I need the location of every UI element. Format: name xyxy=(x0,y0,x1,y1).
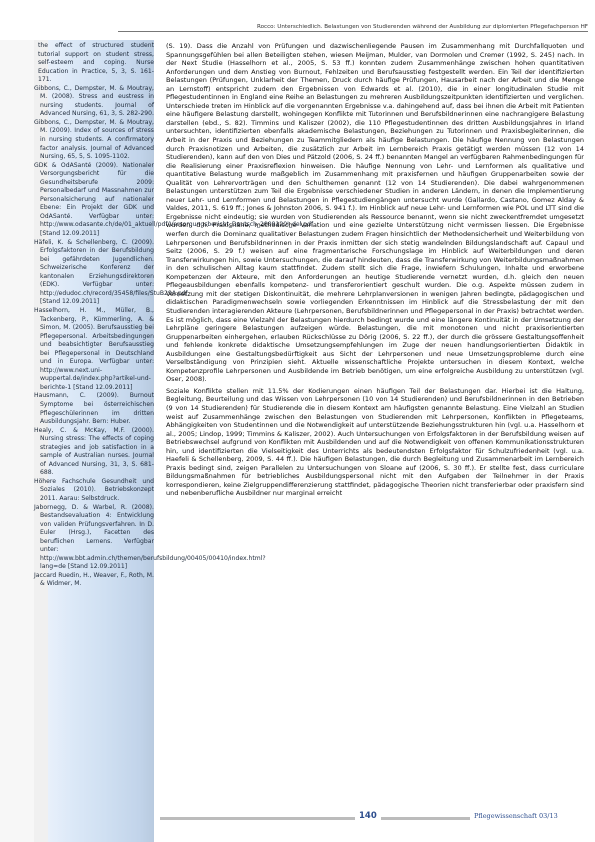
reference-entry: Hasselhorn, H. M., Müller, B., Tackenber… xyxy=(34,307,154,392)
reference-entry: the effect of structured student tutoria… xyxy=(34,42,154,85)
reference-entry: Jabornegg, D. & Warbel, R. (2008). Besta… xyxy=(34,504,154,572)
reference-entry: Healy, C. & McKay, M.F. (2000). Nursing … xyxy=(34,427,154,478)
reference-entry: Höhere Fachschule Gesundheit und Soziale… xyxy=(34,478,154,504)
body-text-column: (S. 19). Dass die Anzahl von Prüfungen u… xyxy=(166,42,584,501)
reference-entry: GDK & OdASanté (2009). Nationaler Versor… xyxy=(34,162,154,239)
reference-entry: Hausmann, C. (2009). Burnout Symptome be… xyxy=(34,392,154,426)
journal-name: Pflegewissenschaft 03/13 xyxy=(474,812,558,820)
reference-entry: Jaccard Ruedin, H., Weaver, F., Roth, M.… xyxy=(34,572,154,589)
page-number: 140 xyxy=(355,811,381,821)
footer-rule xyxy=(160,817,470,820)
references-column: the effect of structured student tutoria… xyxy=(34,42,154,589)
running-header: Rocco: Unterschiedlich. Belastungen von … xyxy=(118,24,588,32)
sidebar-margin-strip xyxy=(0,40,34,842)
body-paragraph: (S. 19). Dass die Anzahl von Prüfungen u… xyxy=(166,42,584,384)
reference-entry: Häfeli, K. & Schellenberg, C. (2009). Er… xyxy=(34,239,154,307)
reference-entry: Gibbons, C., Dempster, M. & Moutray, M. … xyxy=(34,119,154,162)
body-paragraph: Soziale Konflikte stellen mit 11.5% der … xyxy=(166,387,584,498)
reference-entry: Gibbons, C., Dempster, M. & Moutray, M. … xyxy=(34,85,154,119)
